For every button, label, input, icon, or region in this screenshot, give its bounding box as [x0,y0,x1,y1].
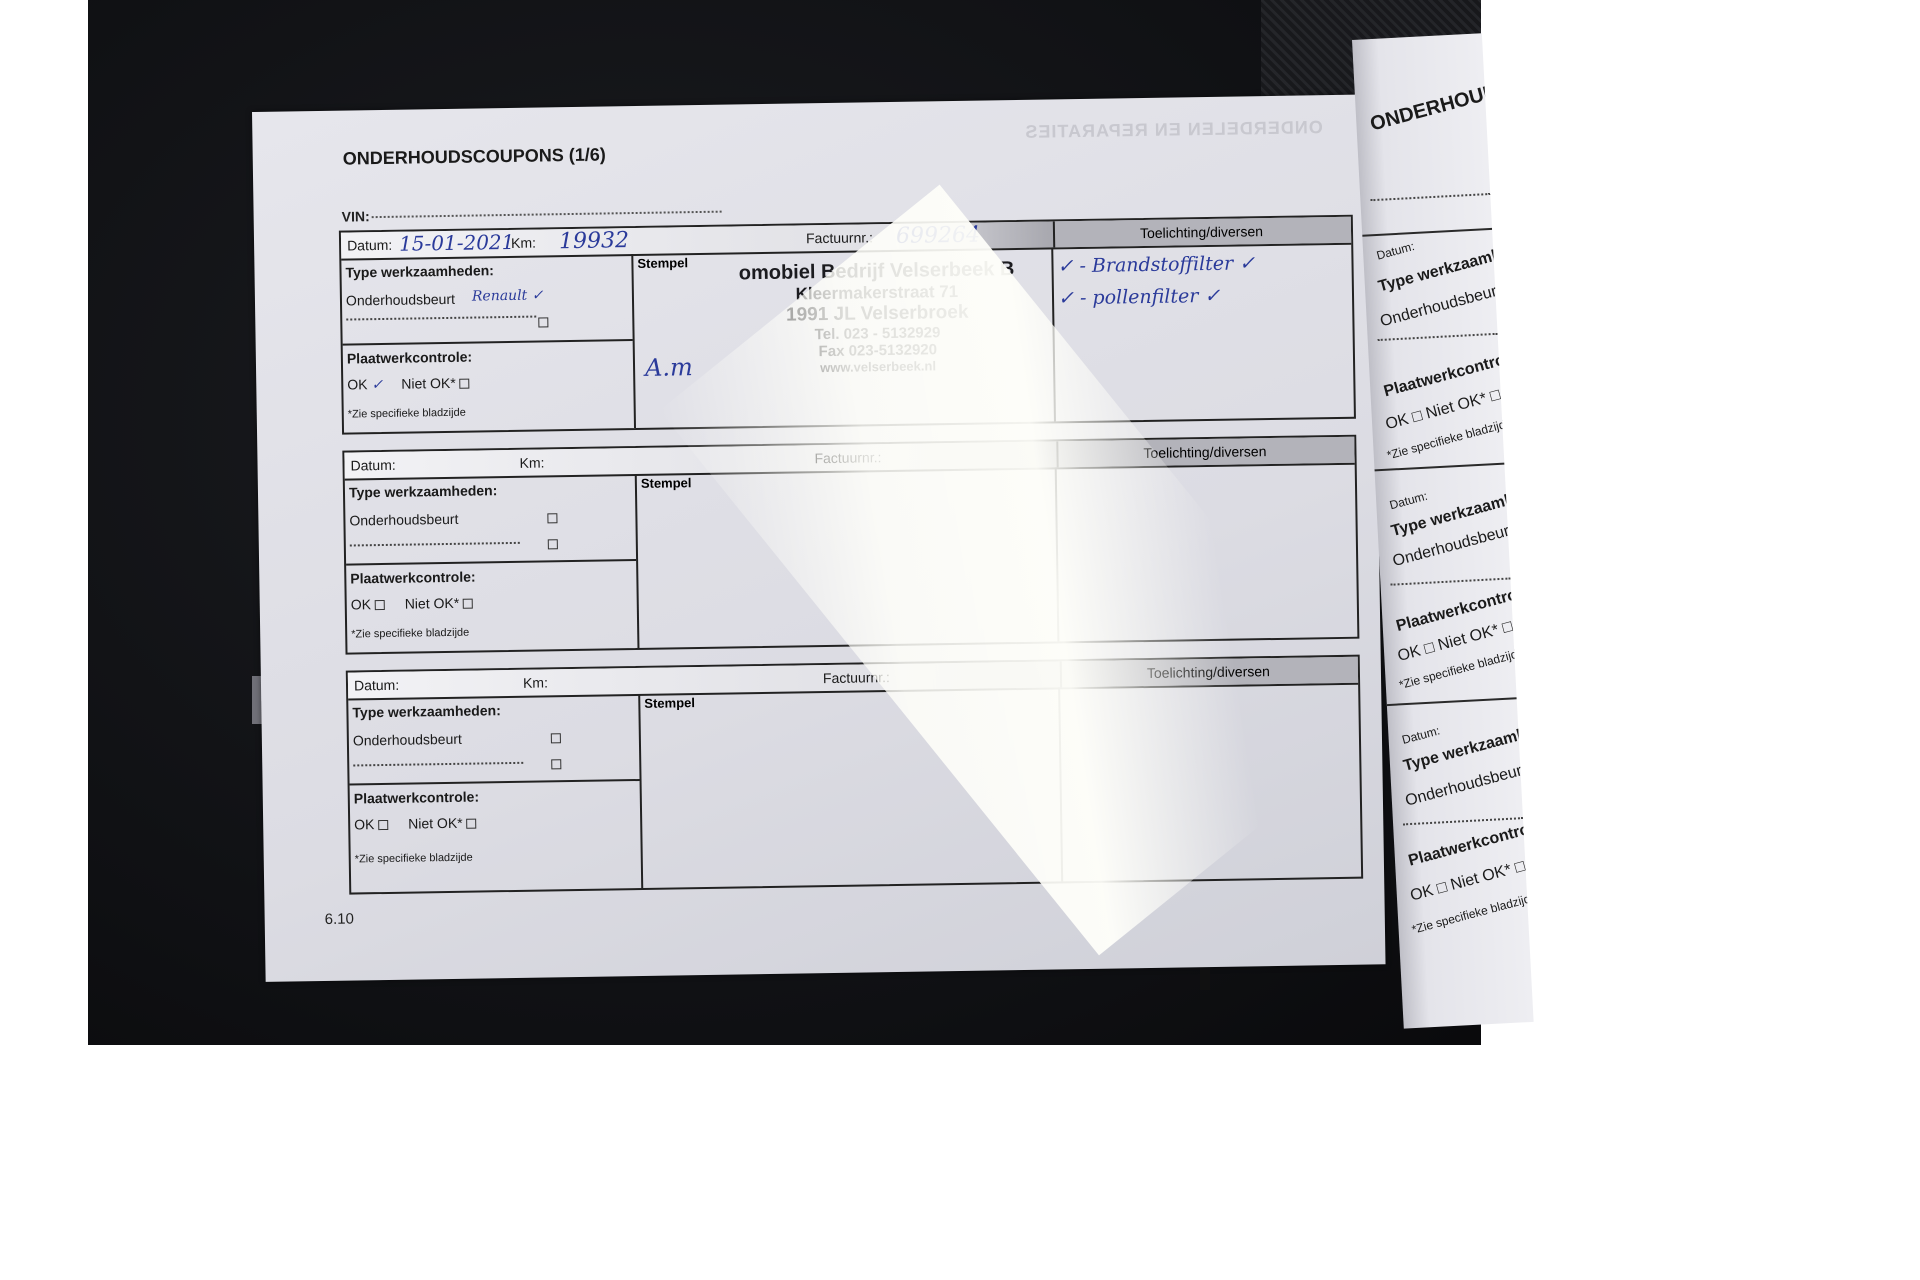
vin-label: VIN: [342,208,370,224]
checkbox-onderhoud[interactable] [551,733,561,743]
vin-field [371,201,721,218]
work-type-column: Type werkzaamheden: Onderhoudsbeurt Rena… [341,254,636,433]
datum-label: Datum: [347,237,392,254]
initials: A.m [645,353,693,382]
page-title: ONDERHOUDSCOUPONS (1/6) [343,144,606,169]
onderhoud-note: Renault ✓ [472,287,544,304]
type-label: Type werkzaamheden: [345,262,494,280]
niet-ok-option[interactable]: Niet OK* [405,595,474,612]
footnote: *Zie specifieke bladzijde [348,407,466,421]
booklet-page: ONDERDELEN EN REPARATIES ONDERHOUDSCOUPO… [252,94,1386,981]
factuur-label: Factuurnr.: [806,229,873,246]
coupon-1: Datum: 15-01-2021 Km: 19932 Factuurnr.: … [339,215,1356,435]
toelichting-column: ✓ - Brandstoffilter ✓ ✓ - pollenfilter ✓ [1053,243,1354,422]
niet-ok-option[interactable]: Niet OK* [401,375,470,392]
km-value: 19932 [559,228,629,254]
ok-option[interactable]: OK [354,816,388,833]
page-edge-marker [1200,970,1210,990]
ok-option[interactable]: OK ✓ [347,376,383,394]
page-number: 6.10 [325,911,354,928]
plaatwerk-label: Plaatwerkcontrole: [347,349,473,367]
coupon-2: Datum: Km: Factuurnr.: Toelichting/diver… [342,435,1359,655]
coupon-3: Datum: Km: Factuurnr.: Toelichting/diver… [346,655,1363,895]
niet-ok-option[interactable]: Niet OK* [408,815,477,832]
stempel-column: Stempel omobiel Bedrijf Velserbeek B Kle… [631,247,1056,428]
note-1: ✓ - Brandstoffilter ✓ [1057,252,1255,277]
checkbox-extra[interactable] [548,539,558,549]
note-2: ✓ - pollenfilter ✓ [1058,285,1221,310]
onderhoud-option[interactable]: Onderhoudsbeurt [349,511,458,529]
bleed-through-heading: ONDERDELEN EN REPARATIES [1024,117,1323,143]
onderhoud-label: Onderhoudsbeurt [346,291,455,309]
stempel-label: Stempel [637,255,688,271]
datum-value: 15-01-2021 [399,230,515,256]
ok-option[interactable]: OK [351,596,385,613]
dealer-stamp: omobiel Bedrijf Velserbeek B Kleermakers… [711,258,1043,377]
checkbox-onderhoud[interactable] [547,513,557,523]
onderhoud-option[interactable]: Onderhoudsbeurt [353,731,462,749]
checkbox-extra[interactable] [551,759,561,769]
km-label: Km: [511,235,536,251]
checkbox-extra[interactable] [538,317,548,327]
factuur-value: 699264 [896,223,980,249]
